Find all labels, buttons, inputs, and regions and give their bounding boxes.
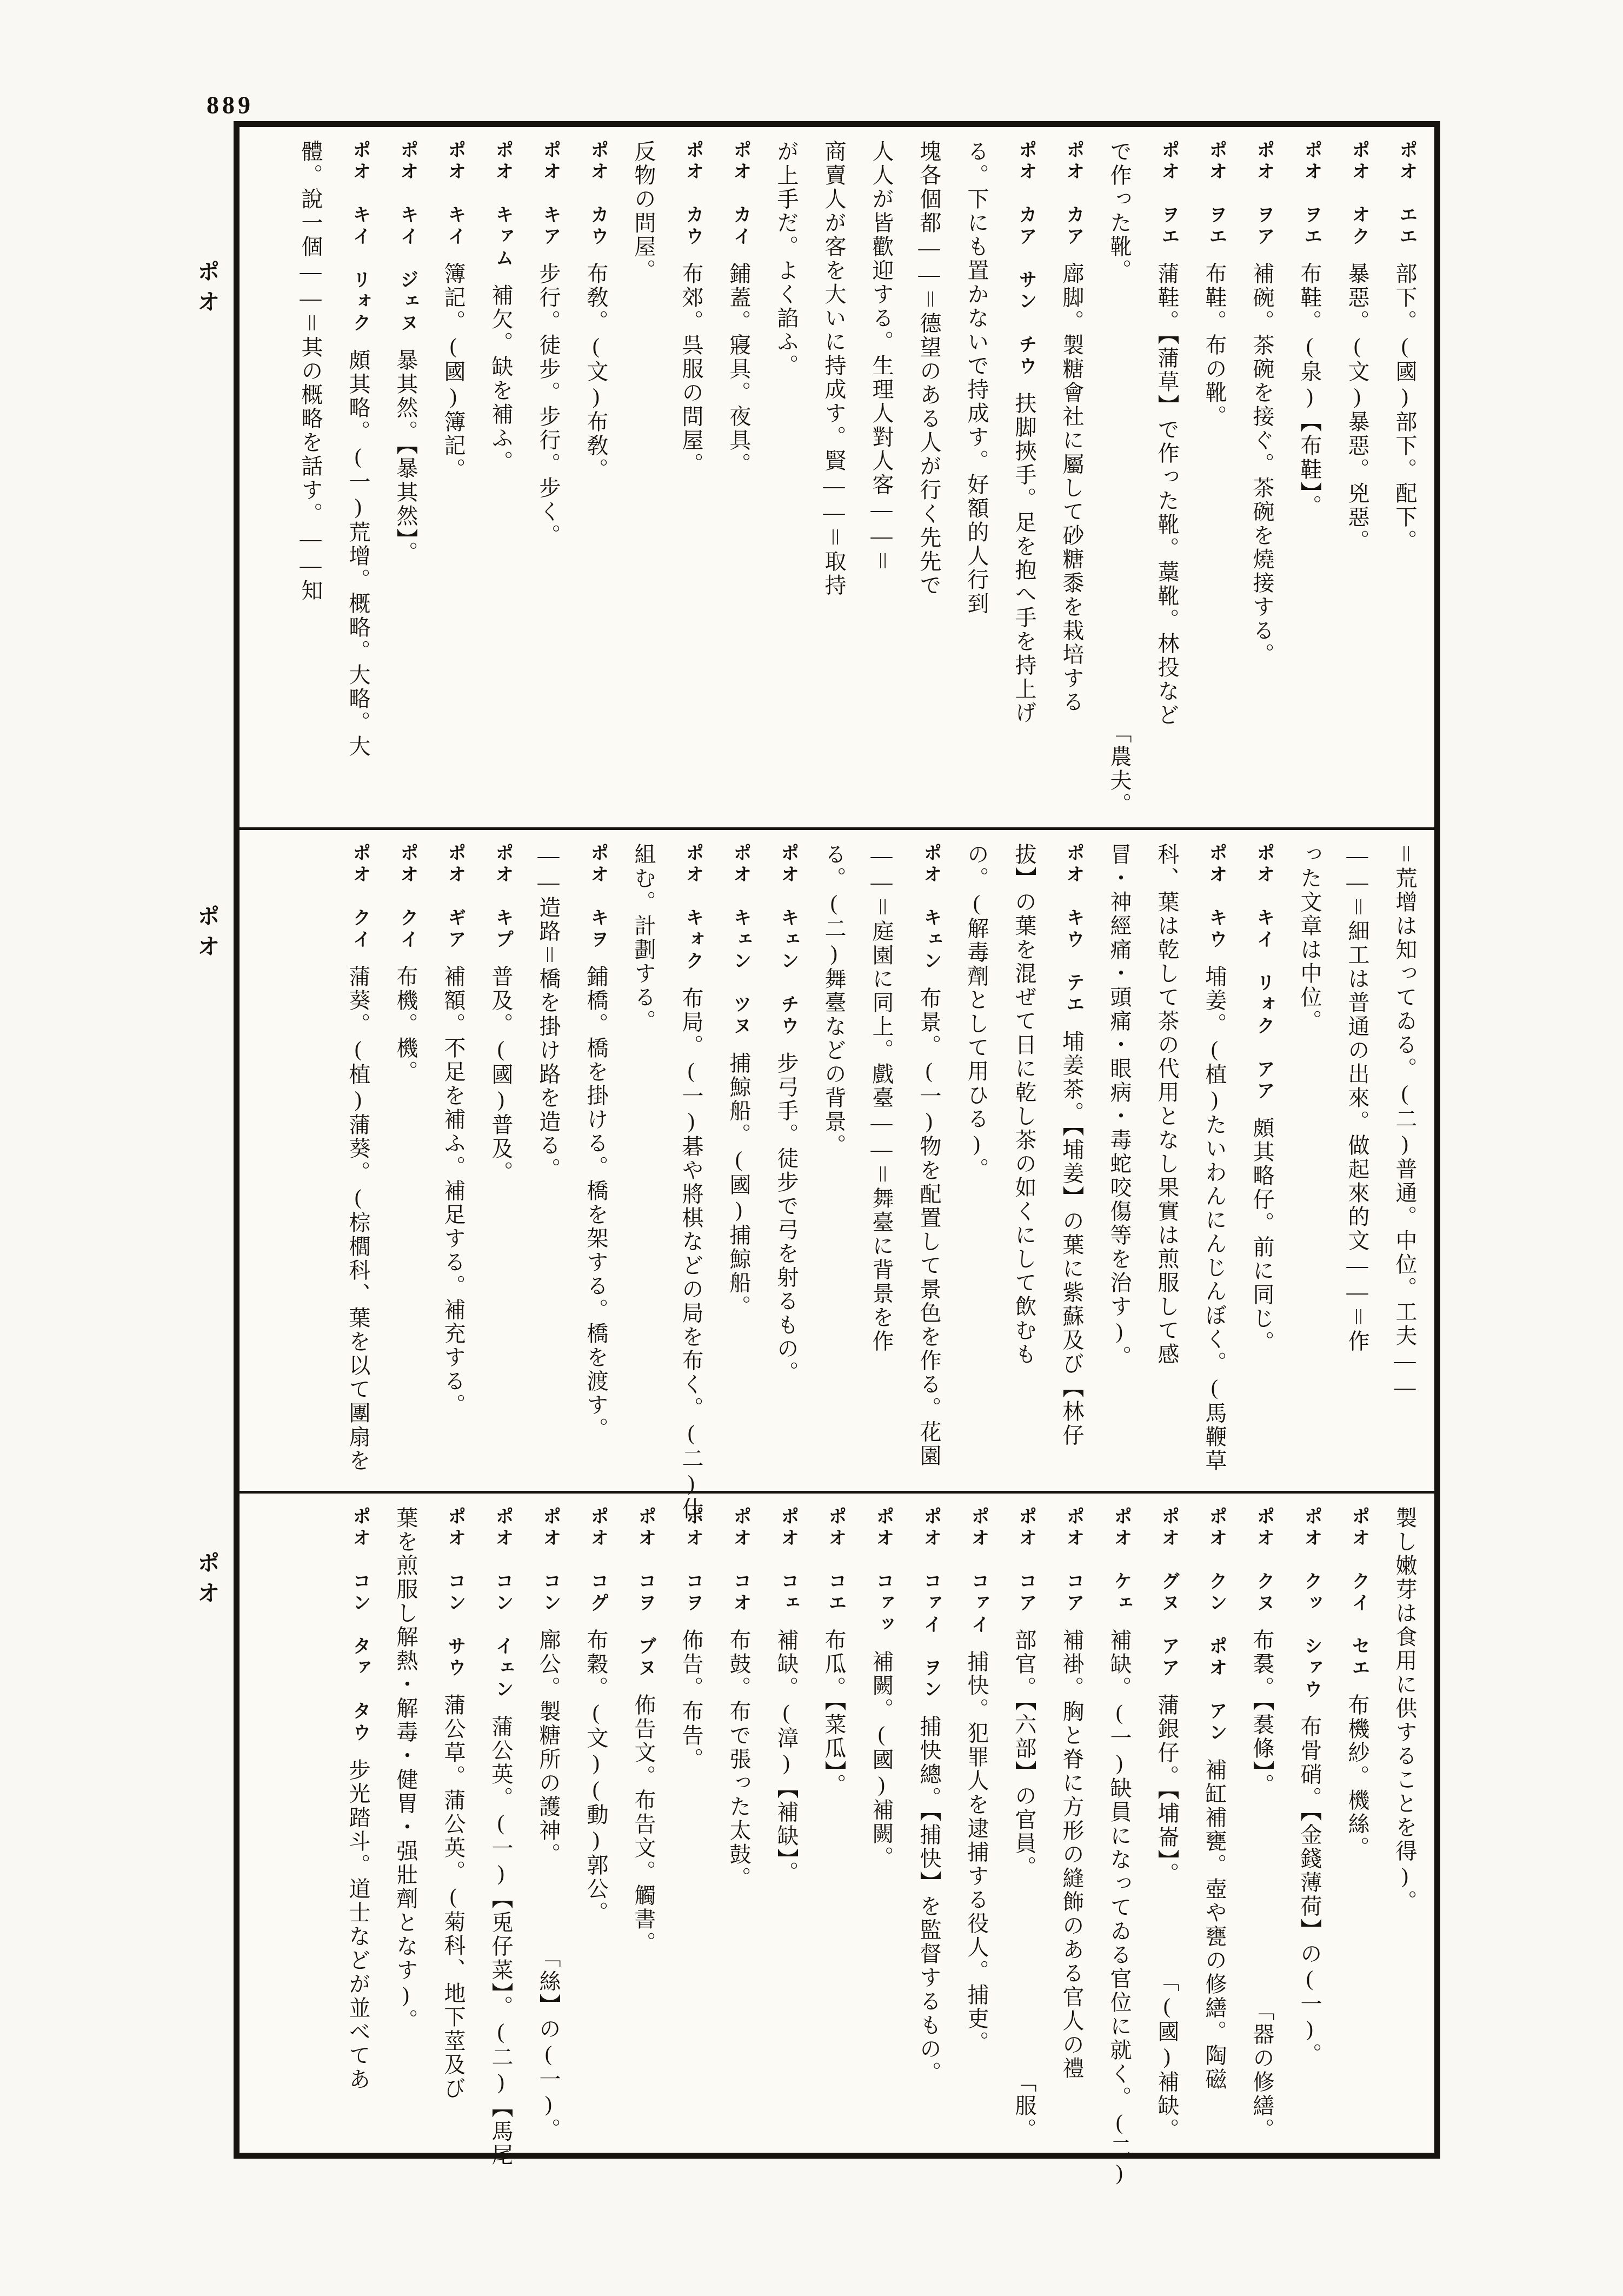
- entry-column: ポオ クイ セエ布機紗。機絲。: [1346, 1507, 1368, 2142]
- definition-text: の。(解毒劑として用ひる)。: [965, 843, 988, 1182]
- headword: ポオ クッ シァウ: [1298, 1507, 1321, 1701]
- entry-column: ポオ コエ布瓜。【菜瓜】。: [822, 1507, 845, 2142]
- definition-text: 部官。【六部】の官員。: [1013, 1629, 1035, 1880]
- headword: ポオ キォク: [680, 843, 702, 973]
- entry-column: ポオ カウ布郊。呉服の問屋。: [680, 140, 702, 817]
- entry-column: ポオ オク暴惡。(文)暴惡。兇惡。: [1346, 140, 1368, 817]
- headword: ポオ ギア: [442, 843, 464, 951]
- band-3: 製し嫩芽は食用に供することを得)。ポオ クイ セエ布機紗。機絲。ポオ クッ シァ…: [240, 1494, 1434, 2153]
- definition-text: 組む。計劃する。: [632, 843, 655, 1033]
- definition-text: が上手だ。よく諂ふ。: [775, 140, 797, 378]
- definition-text: 體。說一個――＝其の概略を話す。――知: [299, 140, 322, 603]
- headword: ポオ ヲエ: [1155, 140, 1178, 248]
- definition-text: 步行。徒步。步行。步く。: [537, 262, 560, 548]
- entry-column: ポオ コェ補缺。(漳)【補缺】。: [775, 1507, 797, 2142]
- headword: ポオ コオ: [727, 1507, 750, 1615]
- definition-text: 蒲銀仔。【埔崙】。: [1155, 1694, 1178, 1886]
- headword: ポオ グヌ アア: [1155, 1507, 1178, 1680]
- entry-column: ポオ コヲ ブヌ佈告文。布告文。觸書。: [632, 1507, 655, 2142]
- definition-text: 蒲公英。(一)【兎仔菜】。(二)【馬尾: [489, 1715, 512, 2167]
- definition-text: 蒲葵。(植)蒲葵。(棕櫚科、葉を以て團扇を: [347, 965, 369, 1473]
- overflow-fragment: 「(國)補缺。: [1155, 1959, 1178, 2142]
- entry-column: ポオ カア サン チウ扶脚挾手。足を抱へ手を持上げ: [1013, 140, 1035, 817]
- continuation-column: 塊各個都――＝德望のある人が行く先先で: [917, 140, 940, 817]
- headword: ポオ キウ: [1203, 843, 1226, 951]
- definition-text: 布穀。(文)(動)郭公。: [584, 1629, 607, 1925]
- continuation-column: ――造路＝橋を掛け路を造る。: [537, 843, 560, 1480]
- continuation-column: が上手だ。よく諂ふ。: [775, 140, 797, 817]
- headword: ポオ キァム: [489, 140, 512, 270]
- definition-text: 埔姜。(植)たいわんにんじんぼく。(馬鞭草: [1203, 965, 1226, 1473]
- definition-text: ――造路＝橋を掛け路を造る。: [537, 843, 560, 1182]
- entry-column: ポオ コア補褂。胸と脊に方形の縫飾のある官人の禮: [1060, 1507, 1083, 2142]
- entry-column: ポオ クッ シァウ布骨硝。【金錢薄荷】の(一)。: [1298, 1507, 1321, 2142]
- entry-column: ポオ キェン ツヌ捕鯨船。(國)捕鯨船。: [727, 843, 750, 1480]
- continuation-column: 冒・神經痛・頭痛・眼病・毒蛇咬傷等を治す)。: [1108, 843, 1130, 1480]
- definition-text: 布局。(一)碁や將棋などの局を布く。(二)仕: [680, 987, 702, 1521]
- entry-column: ポオ キァム補欠。缺を補ふ。: [489, 140, 512, 817]
- headword: ポオ カウ: [584, 140, 607, 248]
- definition-text: 步光踏斗。道士などが並べてあ: [347, 1759, 369, 2092]
- entry-column: ポオ キウ埔姜。(植)たいわんにんじんぼく。(馬鞭草: [1203, 843, 1226, 1480]
- definition-text: 布鞋。(泉)【布鞋】。: [1298, 262, 1321, 519]
- continuation-column: ――＝細工は普通の出來。做起來的文――＝作: [1346, 843, 1368, 1480]
- definition-text: 葉を煎服し解熱・解毒・健胃・强壯劑となす)。: [394, 1507, 417, 2033]
- definition-text: る。(二)舞臺などの背景。: [822, 843, 845, 1158]
- definition-text: 布瓜。【菜瓜】。: [822, 1629, 845, 1797]
- entry-column: ポオ キォク布局。(一)碁や將棋などの局を布く。(二)仕: [680, 843, 702, 1480]
- continuation-column: 體。說一個――＝其の概略を話す。――知: [299, 140, 322, 817]
- definition-text: 塊各個都――＝德望のある人が行く先先で: [917, 140, 940, 598]
- entry-column: ポオ キア步行。徒步。步行。步く。: [537, 140, 560, 817]
- headword: ポオ キヲ: [584, 843, 607, 951]
- definition-text: 補缺。(漳)【補缺】。: [775, 1629, 797, 1885]
- definition-text: 蒲公草。蒲公英。(菊科、地下莖及び: [442, 1694, 464, 2101]
- definition-text: 頗其略。(一)荒增。概略。大略。大: [347, 349, 369, 759]
- definition-text: 布機。機。: [394, 965, 417, 1084]
- definition-text: 補闕。(國)補闕。: [870, 1650, 893, 1870]
- definition-text: る。下にも置かないで持成す。好額的人行到: [965, 140, 988, 616]
- continuation-column: 反物の問屋。: [632, 140, 655, 817]
- entry-column: ポオ コン サウ蒲公草。蒲公英。(菊科、地下莖及び: [442, 1507, 464, 2142]
- headword: ポオ カイ: [727, 140, 750, 248]
- continuation-column: 商賣人が客を大いに持成す。賢――＝取持: [822, 140, 845, 817]
- definition-text: 廍公。製糖所の護神。: [537, 1629, 560, 1867]
- overflow-fragment: 「器の修繕。: [1250, 1988, 1273, 2142]
- definition-text: 商賣人が客を大いに持成す。賢――＝取持: [822, 140, 845, 598]
- headword: ポオ コン サウ: [442, 1507, 464, 1680]
- headword: ポオ コェ: [775, 1507, 797, 1615]
- entry-column: ポオ キェン チウ步弓手。徒步で弓を射るもの。: [775, 843, 797, 1480]
- continuation-column: の。(解毒劑として用ひる)。: [965, 843, 988, 1480]
- headword: ポオ コン: [537, 1507, 560, 1615]
- headword: ポオ コァッ: [870, 1507, 893, 1636]
- entry-column: ポオ キイ リォク頗其略。(一)荒增。概略。大略。大: [347, 140, 369, 817]
- band-2: ＝荒增は知ってゐる。(二)普通。中位。工夫――――＝細工は普通の出來。做起來的文…: [240, 830, 1434, 1491]
- definition-text: 捕快總。【捕快】を監督するもの。: [917, 1715, 940, 2085]
- entry-column: ポオ ヲエ布鞋。布の靴。: [1203, 140, 1226, 817]
- entry-column: ポオ カイ鋪蓋。寢具。夜具。: [727, 140, 750, 817]
- headword: ポオ ヲア: [1250, 140, 1273, 248]
- continuation-column: 拔】の葉を混ぜて日に乾し茶の如くにして飲むも: [1013, 843, 1035, 1480]
- headword: ポオ キイ ジェヌ: [394, 140, 417, 335]
- page-number: 889: [207, 91, 254, 120]
- overflow-fragment: 「絲】の(一)。: [537, 1935, 560, 2142]
- definition-text: 步弓手。徒步で弓を射るもの。: [775, 1052, 797, 1385]
- continuation-column: 葉を煎服し解熱・解毒・健胃・强壯劑となす)。: [394, 1507, 417, 2142]
- headword: ポオ コァイ: [965, 1507, 988, 1636]
- definition-text: 普及。(國)普及。: [489, 965, 512, 1185]
- band-1: ポオ エエ部下。(國)部下。配下。ポオ オク暴惡。(文)暴惡。兇惡。ポオ ヲエ布…: [240, 127, 1434, 827]
- definition-text: 暴其然。【暴其然】。: [394, 349, 417, 565]
- definition-text: 補缸補甕。壺や甕の修繕。陶磁: [1203, 1759, 1226, 2092]
- overflow-fragment: 「服。: [1013, 2060, 1035, 2142]
- headword: ポオ オク: [1346, 140, 1368, 248]
- definition-text: 布骨硝。【金錢薄荷】の(一)。: [1298, 1715, 1321, 2067]
- definition-text: 補碗。茶碗を接ぐ。茶碗を燒接する。: [1250, 262, 1273, 667]
- entry-column: ポオ カウ布敎。(文)布敎。: [584, 140, 607, 817]
- entry-column: ポオ コン タァ タウ步光踏斗。道士などが並べてあ: [347, 1507, 369, 2142]
- definition-text: 補欠。缺を補ふ。: [489, 284, 512, 474]
- headword: ポオ キプ: [489, 843, 512, 951]
- entry-column: ポオ コァッ補闕。(國)補闕。: [870, 1507, 893, 2142]
- entry-column: ポオ コァイ捕快。犯罪人を逮捕する役人。捕吏。: [965, 1507, 988, 2142]
- definition-text: ――＝細工は普通の出來。做起來的文――＝作: [1346, 843, 1368, 1353]
- entry-column: ポオ コヲ佈告。布告。: [680, 1507, 702, 2142]
- headword: ポオ カウ: [680, 140, 702, 248]
- definition-text: 埔姜茶。【埔姜】の葉に紫蘇及び【林仔: [1060, 1030, 1083, 1448]
- entry-column: ポオ クイ蒲葵。(植)蒲葵。(棕櫚科、葉を以て團扇を: [347, 843, 369, 1480]
- headword: ポオ ヲエ: [1298, 140, 1321, 248]
- dictionary-frame: ポオ エエ部下。(國)部下。配下。ポオ オク暴惡。(文)暴惡。兇惡。ポオ ヲエ布…: [234, 121, 1440, 2159]
- definition-text: 補褂。胸と脊に方形の縫飾のある官人の禮: [1060, 1629, 1083, 2081]
- headword: ポオ ヲエ: [1203, 140, 1226, 248]
- headword: ポオ ケェ: [1108, 1507, 1130, 1615]
- definition-text: 布機紗。機絲。: [1346, 1694, 1368, 1860]
- definition-text: 蒲鞋。【蒲草】で作った靴。藁靴。林投など: [1155, 262, 1178, 727]
- headword: ポオ キア: [537, 140, 560, 248]
- definition-text: 捕鯨船。(國)捕鯨船。: [727, 1052, 750, 1319]
- definition-text: 布敎。(文)布敎。: [584, 262, 607, 482]
- headword: ポオ コン イェン: [489, 1507, 512, 1701]
- headword: ポオ キェン ツヌ: [727, 843, 750, 1038]
- definition-text: 布裠。【裠條】。: [1250, 1629, 1273, 1797]
- continuation-column: る。(二)舞臺などの背景。: [822, 843, 845, 1480]
- definition-text: 鋪橋。橋を掛ける。橋を架する。橋を渡す。: [584, 965, 607, 1441]
- definition-text: 鋪蓋。寢具。夜具。: [727, 262, 750, 476]
- headword: ポオ コン タァ タウ: [347, 1507, 369, 1744]
- headword: ポオ コヲ: [680, 1507, 702, 1615]
- definition-text: 暴惡。(文)暴惡。兇惡。: [1346, 262, 1368, 553]
- dictionary-page: 889 ポオ ポオ ポオ ポオ エエ部下。(國)部下。配下。ポオ オク暴惡。(文…: [0, 0, 1623, 2296]
- entry-column: ポオ クイ布機。機。: [394, 843, 417, 1480]
- definition-text: 反物の問屋。: [632, 140, 655, 283]
- entry-column: ポオ キイ簿記。(國)簿記。: [442, 140, 464, 817]
- definition-text: った文章は中位。: [1298, 843, 1321, 1033]
- headword: ポオ コァイ ヲン: [917, 1507, 940, 1701]
- definition-text: 廍脚。製糖會社に屬して砂糖黍を栽培する: [1060, 262, 1083, 714]
- entry-column: ポオ ヲエ布鞋。(泉)【布鞋】。: [1298, 140, 1321, 817]
- headword: ポオ キェン: [917, 843, 940, 973]
- definition-text: 佈告。布告。: [680, 1629, 702, 1771]
- entry-column: ポオ コア部官。【六部】の官員。「服。: [1013, 1507, 1035, 2142]
- headword: ポオ カア: [1060, 140, 1083, 248]
- definition-text: 布郊。呉服の問屋。: [680, 262, 702, 476]
- entry-column: ポオ コオ布鼓。布で張った太鼓。: [727, 1507, 750, 2142]
- definition-text: 頗其略仔。前に同じ。: [1250, 1117, 1273, 1355]
- definition-text: 佈告文。布告文。觸書。: [632, 1694, 655, 1955]
- continuation-column: ＝荒增は知ってゐる。(二)普通。中位。工夫――: [1393, 843, 1416, 1480]
- continuation-column: った文章は中位。: [1298, 843, 1321, 1480]
- definition-text: 科、葉は乾して茶の代用となし果實は煎服して感: [1155, 843, 1178, 1366]
- definition-text: 拔】の葉を混ぜて日に乾し茶の如くにして飲むも: [1013, 843, 1035, 1366]
- entry-column: ポオ ケェ補缺。(一)缺員になってゐる官位に就く。(二): [1108, 1507, 1130, 2142]
- entry-column: ポオ クヌ布裠。【裠條】。「器の修繕。: [1250, 1507, 1273, 2142]
- headword: ポオ コア: [1060, 1507, 1083, 1615]
- entry-column: ポオ キウ テエ埔姜茶。【埔姜】の葉に紫蘇及び【林仔: [1060, 843, 1083, 1480]
- entry-column: ポオ カア廍脚。製糖會社に屬して砂糖黍を栽培する: [1060, 140, 1083, 817]
- entry-column: ポオ キェン布景。(一)物を配置して景色を作る。花園: [917, 843, 940, 1480]
- entry-column: ポオ クン ポオ アン補缸補甕。壺や甕の修繕。陶磁: [1203, 1507, 1226, 2142]
- headword: ポオ コヲ ブヌ: [632, 1507, 655, 1680]
- entry-column: ポオ ヲエ蒲鞋。【蒲草】で作った靴。藁靴。林投など: [1155, 140, 1178, 817]
- entry-column: ポオ コク゚布穀。(文)(動)郭公。: [584, 1507, 607, 2142]
- headword: ポオ クイ セエ: [1346, 1507, 1368, 1680]
- definition-text: 簿記。(國)簿記。: [442, 262, 464, 482]
- entry-column: ポオ コァイ ヲン捕快總。【捕快】を監督するもの。: [917, 1507, 940, 2142]
- definition-text: で作った靴。: [1108, 140, 1130, 283]
- definition-text: 製し嫩芽は食用に供することを得)。: [1393, 1507, 1416, 1914]
- definition-text: 冒・神經痛・頭痛・眼病・毒蛇咬傷等を治す)。: [1108, 843, 1130, 1369]
- entry-column: ポオ キイ リォク アア頗其略仔。前に同じ。: [1250, 843, 1273, 1480]
- margin-guide-word: ポオ: [190, 260, 223, 320]
- entry-column: ポオ キヲ鋪橋。橋を掛ける。橋を架する。橋を渡す。: [584, 843, 607, 1480]
- headword: ポオ カア サン チウ: [1013, 140, 1035, 378]
- continuation-column: 製し嫩芽は食用に供することを得)。: [1393, 1507, 1416, 2142]
- headword: ポオ クヌ: [1250, 1507, 1273, 1615]
- definition-text: 布景。(一)物を配置して景色を作る。花園: [917, 987, 940, 1468]
- entry-column: ポオ キイ ジェヌ暴其然。【暴其然】。: [394, 140, 417, 817]
- continuation-column: 科、葉は乾して茶の代用となし果實は煎服して感: [1155, 843, 1178, 1480]
- definition-text: ＝荒增は知ってゐる。(二)普通。中位。工夫――: [1393, 843, 1416, 1401]
- continuation-column: 人人が皆歡迎する。生理人對人客――＝: [870, 140, 893, 817]
- definition-text: 布鞋。布の靴。: [1203, 262, 1226, 429]
- headword: ポオ キウ テエ: [1060, 843, 1083, 1016]
- headword: ポオ エエ: [1393, 140, 1416, 248]
- entry-column: ポオ ヲア補碗。茶碗を接ぐ。茶碗を燒接する。: [1250, 140, 1273, 817]
- headword: ポオ コク゚: [584, 1507, 607, 1615]
- definition-text: 補缺。(一)缺員になってゐる官位に就く。(二): [1108, 1629, 1130, 2187]
- entry-column: ポオ コン廍公。製糖所の護神。「絲】の(一)。: [537, 1507, 560, 2142]
- continuation-column: ――＝庭園に同上。戲臺――＝舞臺に背景を作: [870, 843, 893, 1480]
- headword: ポオ クイ: [394, 843, 417, 951]
- entry-column: ポオ キプ普及。(國)普及。: [489, 843, 512, 1480]
- definition-text: 捕快。犯罪人を逮捕する役人。捕吏。: [965, 1650, 988, 2055]
- continuation-column: 組む。計劃する。: [632, 843, 655, 1480]
- headword: ポオ キイ リォク: [347, 140, 369, 335]
- margin-guide-word: ポオ: [190, 1551, 223, 1611]
- entry-column: ポオ エエ部下。(國)部下。配下。: [1393, 140, 1416, 817]
- continuation-column: で作った靴。「農夫。: [1108, 140, 1130, 817]
- definition-text: ――＝庭園に同上。戲臺――＝舞臺に背景を作: [870, 843, 893, 1353]
- headword: ポオ クン ポオ アン: [1203, 1507, 1226, 1744]
- headword: ポオ クイ: [347, 843, 369, 951]
- definition-text: 布鼓。布で張った太鼓。: [727, 1629, 750, 1890]
- definition-text: 部下。(國)部下。配下。: [1393, 262, 1416, 553]
- overflow-fragment: 「農夫。: [1108, 711, 1130, 817]
- entry-column: ポオ コン イェン蒲公英。(一)【兎仔菜】。(二)【馬尾: [489, 1507, 512, 2142]
- continuation-column: る。下にも置かないで持成す。好額的人行到: [965, 140, 988, 817]
- headword: ポオ キェン チウ: [775, 843, 797, 1038]
- headword: ポオ コエ: [822, 1507, 845, 1615]
- definition-text: 人人が皆歡迎する。生理人對人客――＝: [870, 140, 893, 574]
- headword: ポオ キイ リォク アア: [1250, 843, 1273, 1103]
- headword: ポオ コア: [1013, 1507, 1035, 1615]
- entry-column: ポオ ギア補額。不足を補ふ。補足する。補充する。: [442, 843, 464, 1480]
- definition-text: 補額。不足を補ふ。補足する。補充する。: [442, 965, 464, 1417]
- definition-text: 扶脚挾手。足を抱へ手を持上げ: [1013, 392, 1035, 725]
- headword: ポオ キイ: [442, 140, 464, 248]
- entry-column: ポオ グヌ アア蒲銀仔。【埔崙】。「(國)補缺。: [1155, 1507, 1178, 2142]
- margin-guide-word: ポオ: [190, 904, 223, 965]
